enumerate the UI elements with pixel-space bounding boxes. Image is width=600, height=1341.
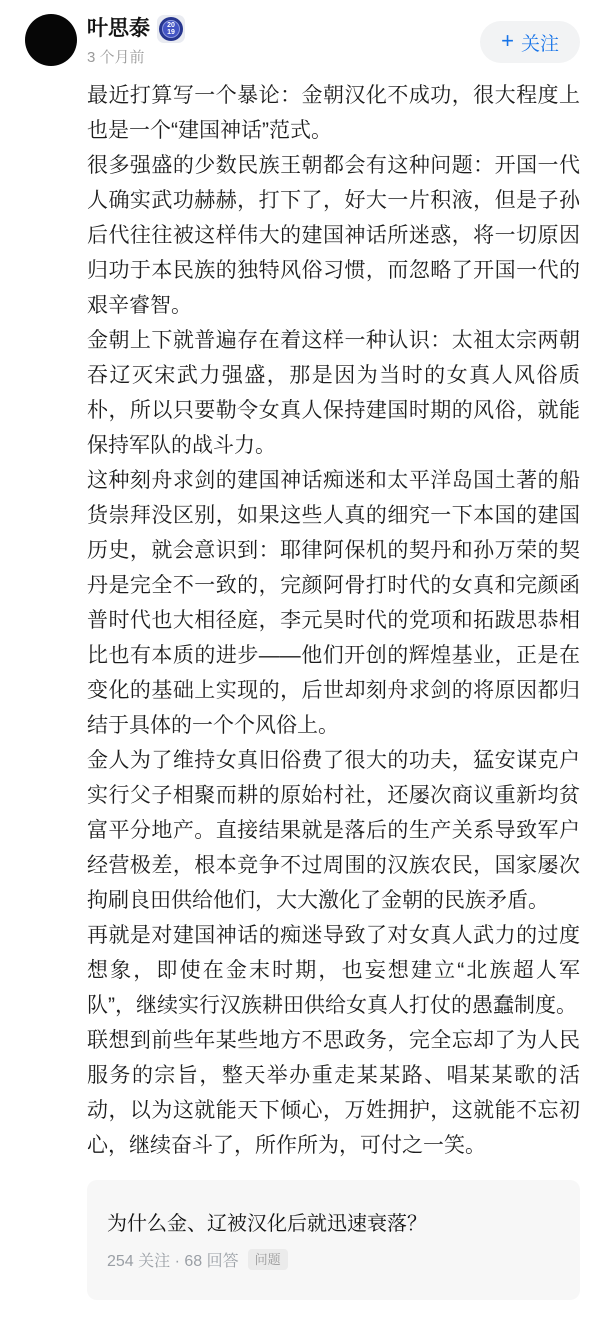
username[interactable]: 叶思泰 [87,17,150,41]
plus-icon: + [501,30,514,52]
question-card[interactable]: 为什么金、辽被汉化后就迅速衰落？ 254 关注 · 68 回答 问题 [87,1180,580,1300]
paragraph: 很多强盛的少数民族王朝都会有这种问题：开国一代人确实武功赫赫，打下了，好大一片积… [87,148,580,323]
medal-2019-badge-icon: 20 19 [157,15,185,43]
badge-year-top: 20 [167,22,175,29]
post: 叶思泰 20 19 3 个月前 + 关注 最近打算写一个暴论：金朝汉化不成功，很… [0,0,600,1322]
paragraph: 这种刻舟求剑的建国神话痴迷和太平洋岛国土著的船货崇拜没区别，如果这些人真的细究一… [87,463,580,743]
question-title[interactable]: 为什么金、辽被汉化后就迅速衰落？ [107,1211,560,1237]
paragraph: 联想到前些年某些地方不思政务，完全忘却了为人民服务的宗旨，整天举办重走某某路、唱… [87,1023,580,1163]
question-tag-badge: 问题 [248,1249,288,1270]
post-content: 最近打算写一个暴论：金朝汉化不成功，很大程度上也是一个“建国神话”范式。 很多强… [87,78,580,1163]
medal-outer-ring: 20 19 [159,17,183,41]
paragraph: 最近打算写一个暴论：金朝汉化不成功，很大程度上也是一个“建国神话”范式。 [87,78,580,148]
follow-button-label: 关注 [521,29,559,56]
post-header: 叶思泰 20 19 3 个月前 + 关注 [25,14,580,66]
paragraph: 金人为了维持女真旧俗费了很大的功夫，猛安谋克户实行父子相聚而耕的原始村社，还屡次… [87,743,580,918]
avatar[interactable] [25,14,77,66]
timestamp: 3 个月前 [87,49,480,66]
follow-button[interactable]: + 关注 [480,21,580,63]
question-meta: 254 关注 · 68 回答 问题 [107,1248,560,1271]
question-stats: 254 关注 · 68 回答 [107,1248,239,1271]
user-info: 叶思泰 20 19 3 个月前 [87,14,480,66]
medal-inner-circle: 20 19 [162,20,180,38]
paragraph: 再就是对建国神话的痴迷导致了对女真人武力的过度想象，即使在金末时期，也妄想建立“… [87,918,580,1023]
name-row: 叶思泰 20 19 [87,15,480,43]
paragraph: 金朝上下就普遍存在着这样一种认识：太祖太宗两朝吞辽灭宋武力强盛，那是因为当时的女… [87,323,580,463]
badge-year-bottom: 19 [167,29,175,36]
